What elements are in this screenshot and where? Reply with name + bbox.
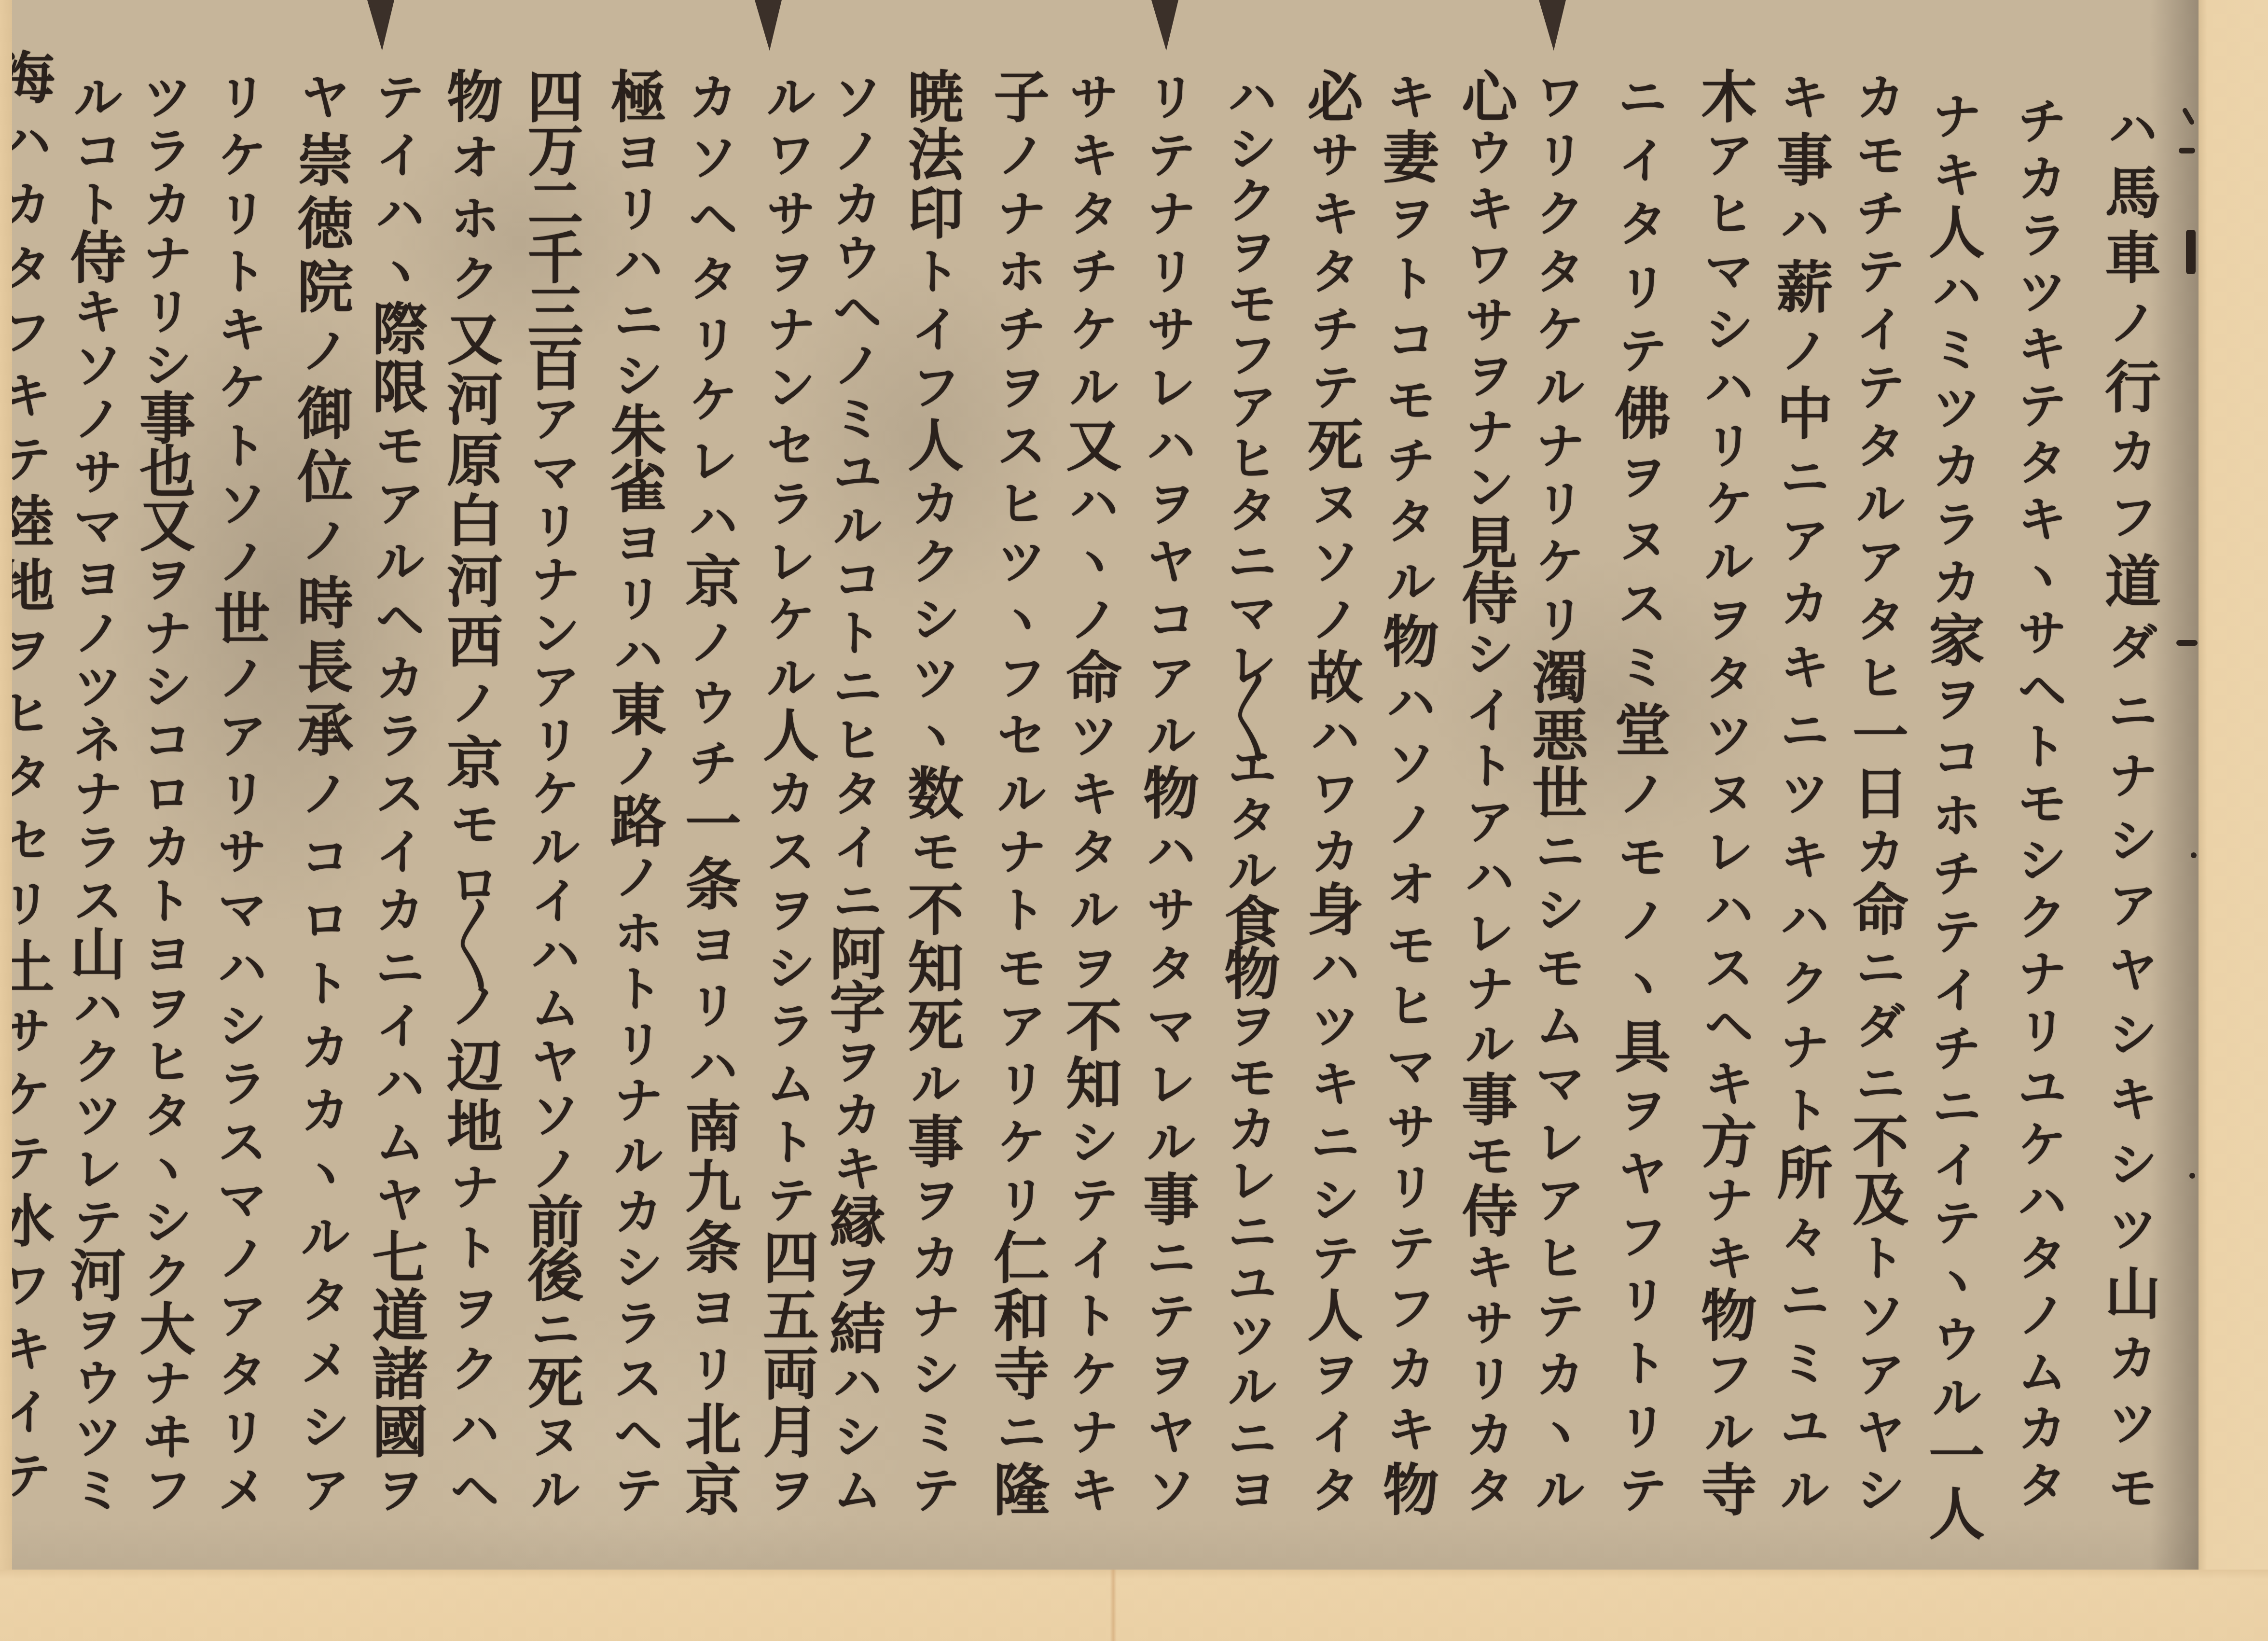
glyph: 辺 (447, 1042, 503, 1092)
glyph: ロ (143, 769, 192, 819)
glyph: ル (74, 72, 122, 123)
glyph: 和 (994, 1291, 1050, 1341)
glyph: リ (614, 1019, 663, 1070)
glyph: レ (689, 436, 737, 486)
glyph: ア (1781, 515, 1829, 566)
glyph: ナ (614, 1075, 663, 1126)
glyph: ケ (1705, 479, 1753, 529)
glyph: 不 (908, 885, 964, 935)
glyph: リ (1618, 1402, 1667, 1452)
glyph: ツ (1311, 1001, 1359, 1051)
glyph: 寺 (994, 1349, 1050, 1400)
glyph: ノ (1618, 895, 1667, 946)
glyph: ネ (74, 715, 122, 765)
glyph: 國 (372, 1407, 428, 1458)
glyph: ケ (1536, 305, 1584, 355)
glyph: レ (767, 537, 815, 587)
glyph: イ (1933, 965, 1981, 1015)
glyph: ラ (2018, 210, 2066, 261)
glyph: ニ (2109, 686, 2157, 737)
glyph: テ (1536, 1291, 1584, 1341)
glyph: 四 (527, 72, 583, 123)
glyph: 極 (610, 72, 666, 123)
glyph: ト (997, 885, 1046, 935)
text-column-15: 子ノナホチヲスヒツヽフセルナトモアリケリ仁和寺ニ隆 (985, 72, 1058, 1516)
glyph: 事 (908, 1117, 964, 1168)
glyph: ケ (1070, 305, 1118, 355)
glyph: ヒ (1856, 653, 1905, 703)
glyph: テ (1856, 247, 1905, 297)
glyph: ミ (833, 394, 882, 444)
glyph: 字 (830, 983, 885, 1033)
glyph: ヲ (376, 1465, 424, 1516)
glyph: ヤ (1147, 537, 1195, 587)
glyph: カ (1933, 441, 1981, 491)
glyph: ヒ (1387, 981, 1435, 1031)
glyph: リ (614, 184, 663, 234)
glyph: タ (1228, 485, 1276, 535)
glyph: 人 (1307, 1291, 1363, 1341)
glyph: ニ (1856, 1059, 1905, 1109)
glyph: ミ (74, 1465, 122, 1516)
text-column-11: 必サキタチテ死ヌソノ故ハワカ身ハツキニシテ人ヲイタ (1299, 72, 1371, 1516)
glyph: ル (531, 822, 580, 873)
glyph: ト (218, 247, 266, 297)
glyph: ノ (1311, 595, 1359, 645)
glyph: キ (1466, 184, 1514, 234)
glyph: 薪 (1777, 263, 1833, 313)
glyph: カ (301, 1022, 349, 1072)
text-column-22: 物オホク又河原白河西ノ京モロ〱ノ辺地ナトヲクハヘ (439, 72, 511, 1516)
glyph: ノ (451, 981, 499, 1031)
glyph: ラ (767, 479, 815, 529)
glyph: ノ (301, 515, 349, 566)
glyph: ム (833, 1465, 882, 1516)
glyph: 隆 (994, 1465, 1050, 1516)
glyph: ノ (451, 678, 499, 728)
glyph: 寺 (1701, 1465, 1757, 1516)
glyph: 中 (1777, 389, 1833, 439)
glyph: 白 (447, 496, 503, 546)
glyph: 人 (1929, 208, 1985, 258)
glyph: ナ (1466, 407, 1514, 457)
glyph: ト (1466, 741, 1514, 791)
glyph: キ (2018, 324, 2066, 374)
glyph: シ (2109, 1010, 2157, 1060)
glyph: ス (1705, 943, 1753, 993)
mount-right-edge (2199, 0, 2268, 1641)
glyph: 崇 (297, 136, 353, 186)
glyph: 〱 (1228, 692, 1276, 742)
glyph: ス (218, 1117, 266, 1168)
glyph: 見 (1462, 518, 1518, 569)
glyph: 故 (1307, 653, 1363, 703)
glyph: 五 (763, 1291, 819, 1341)
glyph: ヽ (1618, 959, 1667, 1009)
glyph: シ (1070, 1117, 1118, 1168)
glyph: カ (1856, 72, 1905, 123)
glyph: サ (1466, 1298, 1514, 1349)
glyph: ハ (1228, 72, 1276, 123)
glyph: ソ (1856, 1291, 1905, 1341)
glyph: ニ (1228, 1414, 1276, 1464)
glyph: チ (1070, 247, 1118, 297)
glyph: ク (912, 537, 960, 587)
glyph: ナ (1070, 1407, 1118, 1458)
glyph: キ (218, 305, 266, 355)
glyph: カ (1856, 827, 1905, 877)
glyph: ト (1070, 1291, 1118, 1341)
glyph: 〱 (451, 920, 499, 971)
glyph: モ (376, 421, 424, 471)
glyph: ナ (143, 233, 192, 283)
glyph: 一 (685, 799, 741, 849)
glyph: キ (1705, 1059, 1753, 1109)
glyph: マ (1387, 1042, 1435, 1092)
glyph: ツ (997, 537, 1046, 587)
glyph: ノ (218, 537, 266, 587)
glyph: ニ (614, 295, 663, 346)
mount-crease (1110, 1570, 1117, 1641)
glyph: メ (301, 1338, 349, 1389)
glyph: サ (12, 1006, 51, 1056)
glyph: ユ (1781, 1402, 1829, 1452)
glyph: ル (1856, 479, 1905, 529)
glyph: ン (1466, 462, 1514, 513)
glyph: 車 (2105, 233, 2161, 283)
glyph: ダ (2109, 622, 2157, 672)
glyph: ノ (218, 653, 266, 703)
glyph: セ (997, 711, 1046, 761)
glyph: ナ (997, 189, 1046, 239)
text-column-17: ソノカウヘノミユルコトニヒタイニ阿字ヲカキ縁ヲ結ハシム (821, 72, 894, 1516)
glyph: コ (301, 832, 349, 882)
glyph: 際 (372, 305, 428, 355)
glyph: カ (1228, 1104, 1276, 1154)
glyph: ヤ (1618, 1149, 1667, 1199)
text-column-6: 木アヒマシハリケルヲタツヌレハスヘキ方ナキ物フル寺 (1693, 72, 1765, 1516)
glyph: フ (1228, 330, 1276, 380)
glyph: 悪 (1532, 711, 1588, 761)
glyph: ユ (2018, 1063, 2066, 1113)
glyph: モ (1536, 943, 1584, 993)
glyph: リ (143, 287, 192, 337)
glyph: チ (689, 738, 737, 789)
glyph: ソ (218, 479, 266, 529)
glyph: ヲ (1466, 351, 1514, 401)
glyph: シ (218, 1001, 266, 1051)
glyph: ヘ (451, 1465, 499, 1516)
glyph: 京 (685, 557, 741, 607)
glyph: カ (1387, 1344, 1435, 1394)
glyph: ニ (1147, 1233, 1195, 1283)
glyph: リ (531, 501, 580, 551)
glyph: リ (12, 879, 51, 929)
glyph: ル (1536, 362, 1584, 413)
glyph: レ (74, 1144, 122, 1194)
glyph: 事 (1462, 1075, 1518, 1126)
glyph: 条 (685, 1223, 741, 1273)
glyph: ナ (912, 1291, 960, 1341)
glyph: 物 (1383, 1465, 1439, 1516)
glyph: ツ (1228, 1310, 1276, 1361)
glyph: 御 (297, 389, 353, 439)
glyph: ハ (1070, 479, 1118, 529)
glyph: 長 (297, 642, 353, 693)
glyph: 徳 (297, 199, 353, 249)
glyph: イ (1070, 1233, 1118, 1283)
glyph: タ (2018, 438, 2066, 488)
glyph: ヲ (833, 1037, 882, 1087)
glyph: ア (1466, 797, 1514, 847)
glyph: カ (1311, 827, 1359, 877)
glyph: ツ (143, 72, 192, 123)
glyph: イ (1311, 1407, 1359, 1458)
glyph: カ (614, 1187, 663, 1237)
glyph: カ (767, 769, 815, 819)
glyph: 必 (1307, 72, 1363, 123)
glyph: 又 (447, 315, 503, 365)
glyph: イ (1856, 305, 1905, 355)
glyph: リ (531, 715, 580, 765)
glyph: ヌ (1311, 479, 1359, 529)
glyph: ノ (1387, 799, 1435, 849)
glyph: イ (1933, 1140, 1981, 1190)
glyph: 前 (527, 1197, 583, 1248)
glyph: ノ (2109, 298, 2157, 348)
glyph: シ (2109, 1140, 2157, 1190)
glyph: ル (997, 769, 1046, 819)
glyph: 馬 (2105, 168, 2161, 219)
glyph: ハ (1147, 421, 1195, 471)
glyph: 数 (908, 769, 964, 819)
glyph: イ (531, 876, 580, 926)
glyph: ニ (1228, 537, 1276, 587)
glyph: ア (1705, 130, 1753, 181)
glyph: ヲ (143, 555, 192, 605)
glyph: ア (218, 711, 266, 761)
text-column-21: 四万二千三百アマリナンアリケルイハムヤソノ前後ニ死ヌル (519, 72, 592, 1516)
glyph: タ (12, 752, 51, 802)
glyph: キ (1781, 642, 1829, 693)
glyph: ム (767, 1059, 815, 1109)
glyph: ヲ (997, 362, 1046, 413)
glyph: ソ (1147, 1465, 1195, 1516)
glyph: 又 (139, 501, 195, 551)
glyph: 縁 (830, 1197, 885, 1248)
glyph: シ (1705, 305, 1753, 355)
glyph: イ (376, 1001, 424, 1051)
glyph: ナ (997, 827, 1046, 877)
glyph: リ (997, 1059, 1046, 1109)
glyph: ノ (74, 394, 122, 444)
glyph: ケ (218, 362, 266, 413)
glyph: 死 (908, 1001, 964, 1051)
glyph: ワ (767, 130, 815, 181)
glyph: ア (531, 662, 580, 712)
glyph: カ (1536, 1349, 1584, 1400)
glyph: 京 (447, 738, 503, 789)
glyph: ハ (1311, 943, 1359, 993)
text-column-27: ルコト侍キソノサマヨノツネナラス山ハクツレテ河ヲウツミ (62, 72, 134, 1516)
glyph: 道 (372, 1291, 428, 1341)
glyph: リ (614, 574, 663, 624)
glyph: ハ (689, 1042, 737, 1092)
glyph: テ (74, 1197, 122, 1248)
glyph: ヤ (1147, 1407, 1195, 1458)
glyph: フ (1618, 1212, 1667, 1262)
glyph: タ (2018, 1233, 2066, 1283)
glyph: 身 (1307, 885, 1363, 935)
glyph: サ (1387, 1102, 1435, 1152)
glyph: フ (12, 307, 51, 358)
glyph: 一 (1853, 711, 1908, 761)
text-column-2: チカラツキテタキヽサヘトモシクナリユケハタノムカタ (2006, 97, 2078, 1511)
glyph: ノ (301, 769, 349, 819)
glyph: ウ (689, 678, 737, 728)
glyph: ケ (767, 595, 815, 645)
glyph: 命 (1853, 885, 1908, 935)
text-column-5: キ事ハ薪ノ中ニアカキニツキハクナト所々ニミユル (1769, 72, 1841, 1516)
glyph: シ (1466, 629, 1514, 680)
glyph: ム (2018, 1347, 2066, 1397)
glyph: ツ (2109, 1204, 2157, 1254)
manuscript-page: ハ馬車ノ行カフ道ダニナシアヤシキシツ山カツモ チカラツキテタキヽサヘトモシクナリ… (12, 0, 2199, 1570)
glyph: リ (689, 315, 737, 365)
glyph: テ (376, 72, 424, 123)
glyph: マ (1147, 1001, 1195, 1051)
glyph: ス (614, 1354, 663, 1404)
glyph: 世 (1532, 769, 1588, 819)
glyph: 人 (908, 421, 964, 471)
glyph: テ (1147, 130, 1195, 181)
glyph: ツ (1705, 711, 1753, 761)
glyph: タ (1536, 247, 1584, 297)
glyph: 七 (372, 1233, 428, 1283)
glyph: 知 (908, 943, 964, 993)
glyph: 二 (527, 180, 583, 230)
glyph: ノ (689, 617, 737, 668)
glyph: ヲ (1387, 194, 1435, 244)
glyph: コ (74, 126, 122, 176)
glyph: ノ (614, 852, 663, 903)
glyph: 侍 (1462, 574, 1518, 624)
glyph: ヲ (12, 625, 51, 675)
glyph: ケ (531, 769, 580, 819)
glyph: 知 (1066, 1059, 1122, 1109)
glyph: ロ (301, 895, 349, 946)
glyph: 地 (447, 1102, 503, 1152)
glyph: ラ (1933, 500, 1981, 550)
glyph: ス (1618, 579, 1667, 629)
top-edge-mark (755, 0, 782, 51)
glyph: ヲ (1618, 1085, 1667, 1136)
glyph: ツ (2018, 267, 2066, 317)
glyph: 雀 (610, 462, 666, 513)
glyph: コ (1933, 732, 1981, 782)
glyph: サ (1311, 130, 1359, 181)
glyph: ト (74, 180, 122, 230)
glyph: シ (1228, 124, 1276, 174)
text-column-1: ハ馬車ノ行カフ道ダニナシアヤシキシツ山カツモ (2097, 104, 2169, 1513)
glyph: テ (12, 434, 51, 485)
glyph: チ (1856, 189, 1905, 239)
glyph: 子 (994, 72, 1050, 123)
glyph: テ (1311, 362, 1359, 413)
glyph: ヽ (2018, 551, 2066, 601)
text-column-25: リケリトキケトソノ世ノアリサマハシラスマノアタリメ (206, 72, 278, 1516)
glyph: チ (1387, 436, 1435, 486)
glyph: ヒ (1228, 433, 1276, 484)
glyph: ヨ (143, 930, 192, 980)
glyph: フ (997, 653, 1046, 703)
glyph: カ (301, 1085, 349, 1136)
glyph: ト (912, 247, 960, 297)
glyph: シ (614, 1242, 663, 1293)
glyph: リ (689, 981, 737, 1031)
partial-stroke (2191, 852, 2197, 858)
glyph: ル (531, 1465, 580, 1516)
glyph: キ (1466, 1242, 1514, 1293)
glyph: ナ (1536, 421, 1584, 471)
glyph: ヲ (143, 983, 192, 1033)
glyph: ヲ (1228, 227, 1276, 278)
glyph: ル (614, 1131, 663, 1181)
glyph: ナ (1147, 189, 1195, 239)
glyph: ハ (2109, 104, 2157, 154)
glyph: ル (1228, 1362, 1276, 1412)
glyph: ニ (1781, 1275, 1829, 1325)
glyph: ウ (1466, 128, 1514, 178)
glyph: タ (1311, 1465, 1359, 1516)
glyph: サ (1147, 305, 1195, 355)
glyph: ソ (833, 72, 882, 123)
glyph: シ (143, 340, 192, 390)
glyph: ニ (376, 943, 424, 993)
glyph: リ (218, 1407, 266, 1458)
glyph: ニ (833, 662, 882, 712)
glyph: カ (833, 1090, 882, 1140)
glyph: ハ (1705, 885, 1753, 935)
text-column-10: キ妻ヲトコモチタル物ハソノオモヒマサリテフカキ物 (1375, 72, 1447, 1516)
glyph: リ (689, 1344, 737, 1394)
glyph: ホ (997, 247, 1046, 297)
glyph: モ (2109, 1463, 2157, 1513)
glyph: サ (767, 189, 815, 239)
glyph: ヨ (74, 555, 122, 605)
glyph: サ (1070, 72, 1118, 123)
glyph: 阿 (830, 930, 885, 980)
glyph: ヨ (614, 128, 663, 178)
glyph: ハ (12, 117, 51, 167)
glyph: ラ (376, 711, 424, 761)
glyph: モ (1466, 1131, 1514, 1181)
glyph: キ (2018, 494, 2066, 544)
glyph: リ (1536, 595, 1584, 645)
glyph: タ (1856, 595, 1905, 645)
glyph: レ (1466, 908, 1514, 959)
glyph: ハ (531, 930, 580, 980)
glyph: テ (1933, 1198, 1981, 1248)
glyph: シ (2109, 816, 2157, 866)
glyph: タ (1387, 496, 1435, 546)
glyph: イ (12, 1387, 51, 1437)
glyph: ワ (1466, 239, 1514, 290)
glyph: 方 (1701, 1117, 1757, 1168)
glyph: ウ (1933, 1315, 1981, 1365)
glyph: カ (2109, 1334, 2157, 1384)
glyph: ル (301, 1212, 349, 1262)
